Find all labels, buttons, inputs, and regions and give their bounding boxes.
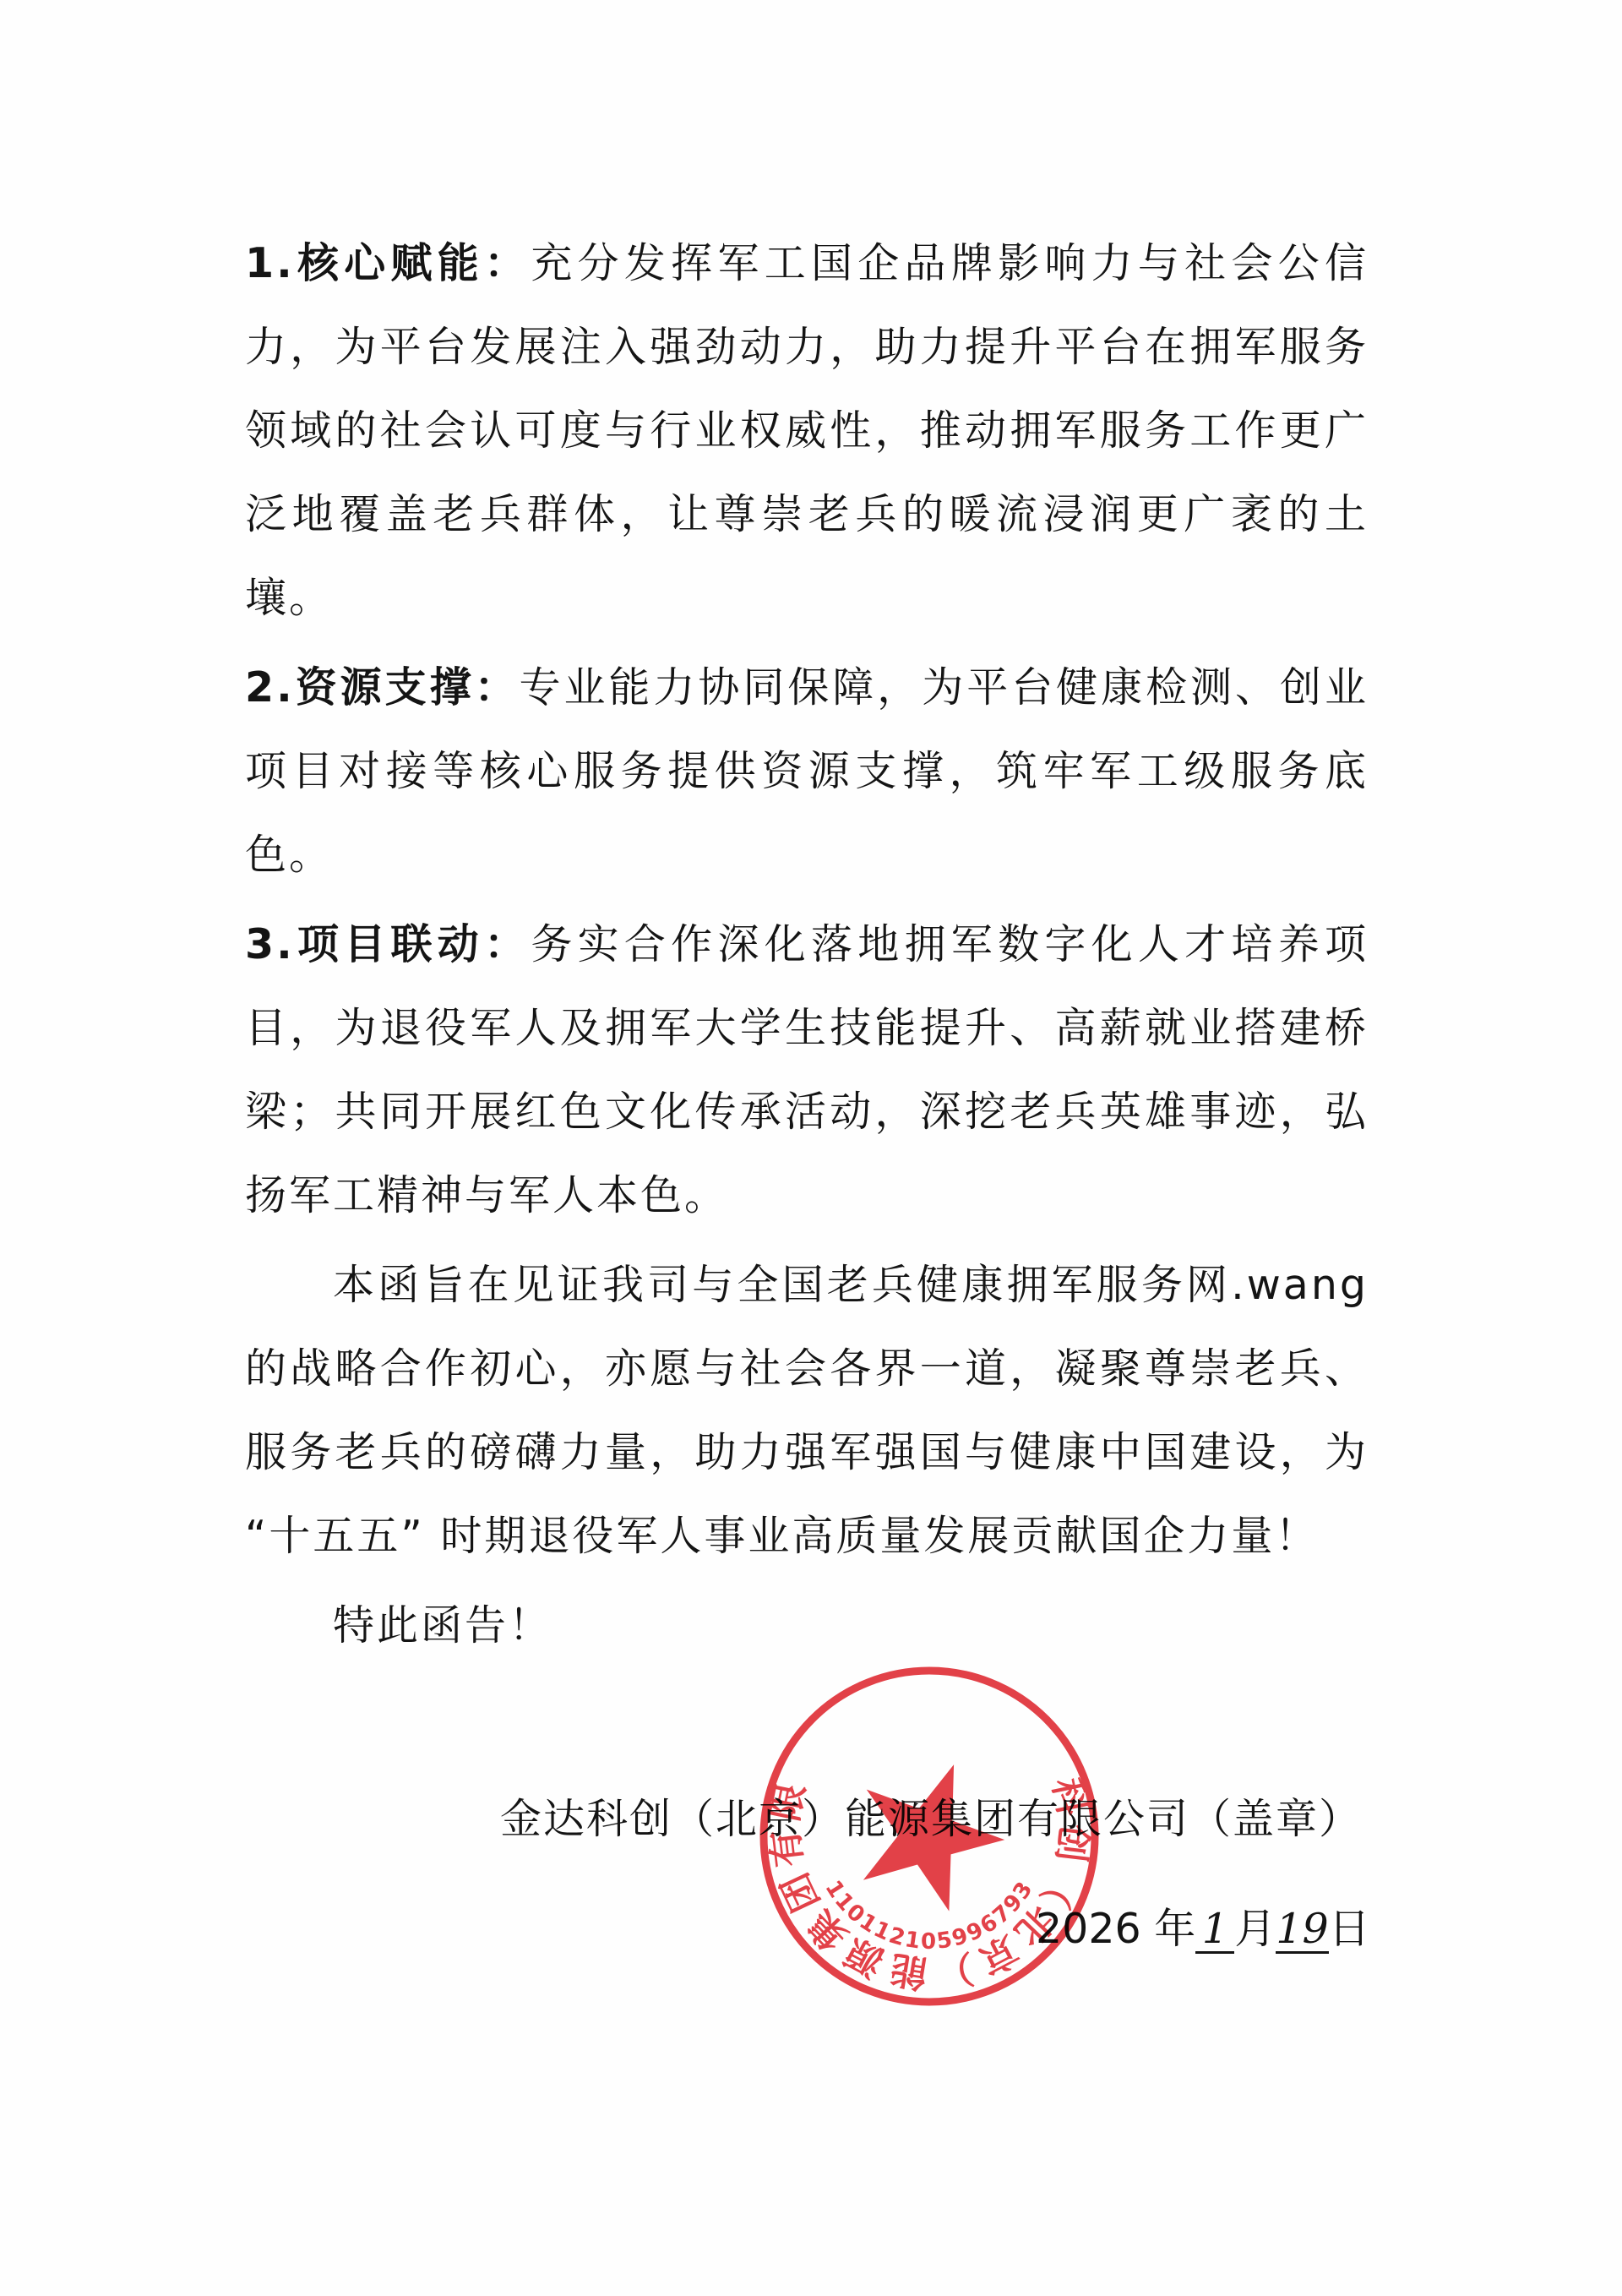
date-day-label: 日 bbox=[1329, 1905, 1370, 1953]
section-1: 1.核心赋能：充分发挥军工国企品牌影响力与社会公信力，为平台发展注入强劲动力，助… bbox=[245, 221, 1369, 640]
letter-page: 1.核心赋能：充分发挥军工国企品牌影响力与社会公信力，为平台发展注入强劲动力，助… bbox=[0, 0, 1622, 2296]
closing-line: 特此函告！ bbox=[245, 1584, 1369, 1667]
date-day-handwritten: 19 bbox=[1276, 1907, 1328, 1954]
section-3-heading: 项目联动： bbox=[295, 920, 531, 968]
section-3: 3.项目联动：务实合作深化落地拥军数字化人才培养项目，为退役军人及拥军大学生技能… bbox=[245, 903, 1369, 1237]
section-1-text: 充分发挥军工国企品牌影响力与社会公信力，为平台发展注入强劲动力，助力提升平台在拥… bbox=[245, 239, 1369, 622]
company-seal-stamp-icon: 金达科创（北京）能源集团有限公司 110112105996793 bbox=[756, 1663, 1102, 2010]
date-month-label: 月 bbox=[1234, 1905, 1276, 1953]
section-1-heading: 核心赋能： bbox=[295, 239, 531, 287]
section-2-number: 2. bbox=[245, 663, 295, 712]
summary-paragraph: 本函旨在见证我司与全国老兵健康拥军服务网.wang 的战略合作初心，亦愿与社会各… bbox=[245, 1243, 1369, 1578]
section-1-number: 1. bbox=[245, 239, 295, 287]
section-2-heading: 资源支撑： bbox=[295, 663, 520, 712]
letter-body: 1.核心赋能：充分发挥军工国企品牌影响力与社会公信力，为平台发展注入强劲动力，助… bbox=[245, 221, 1369, 1673]
section-3-number: 3. bbox=[245, 920, 295, 968]
date-year-label: 年 bbox=[1141, 1905, 1196, 1953]
date-month-handwritten: 1 bbox=[1195, 1907, 1234, 1954]
section-2: 2.资源支撑：专业能力协同保障，为平台健康检测、创业项目对接等核心服务提供资源支… bbox=[245, 646, 1369, 897]
seal-star-icon bbox=[837, 1739, 1023, 1921]
